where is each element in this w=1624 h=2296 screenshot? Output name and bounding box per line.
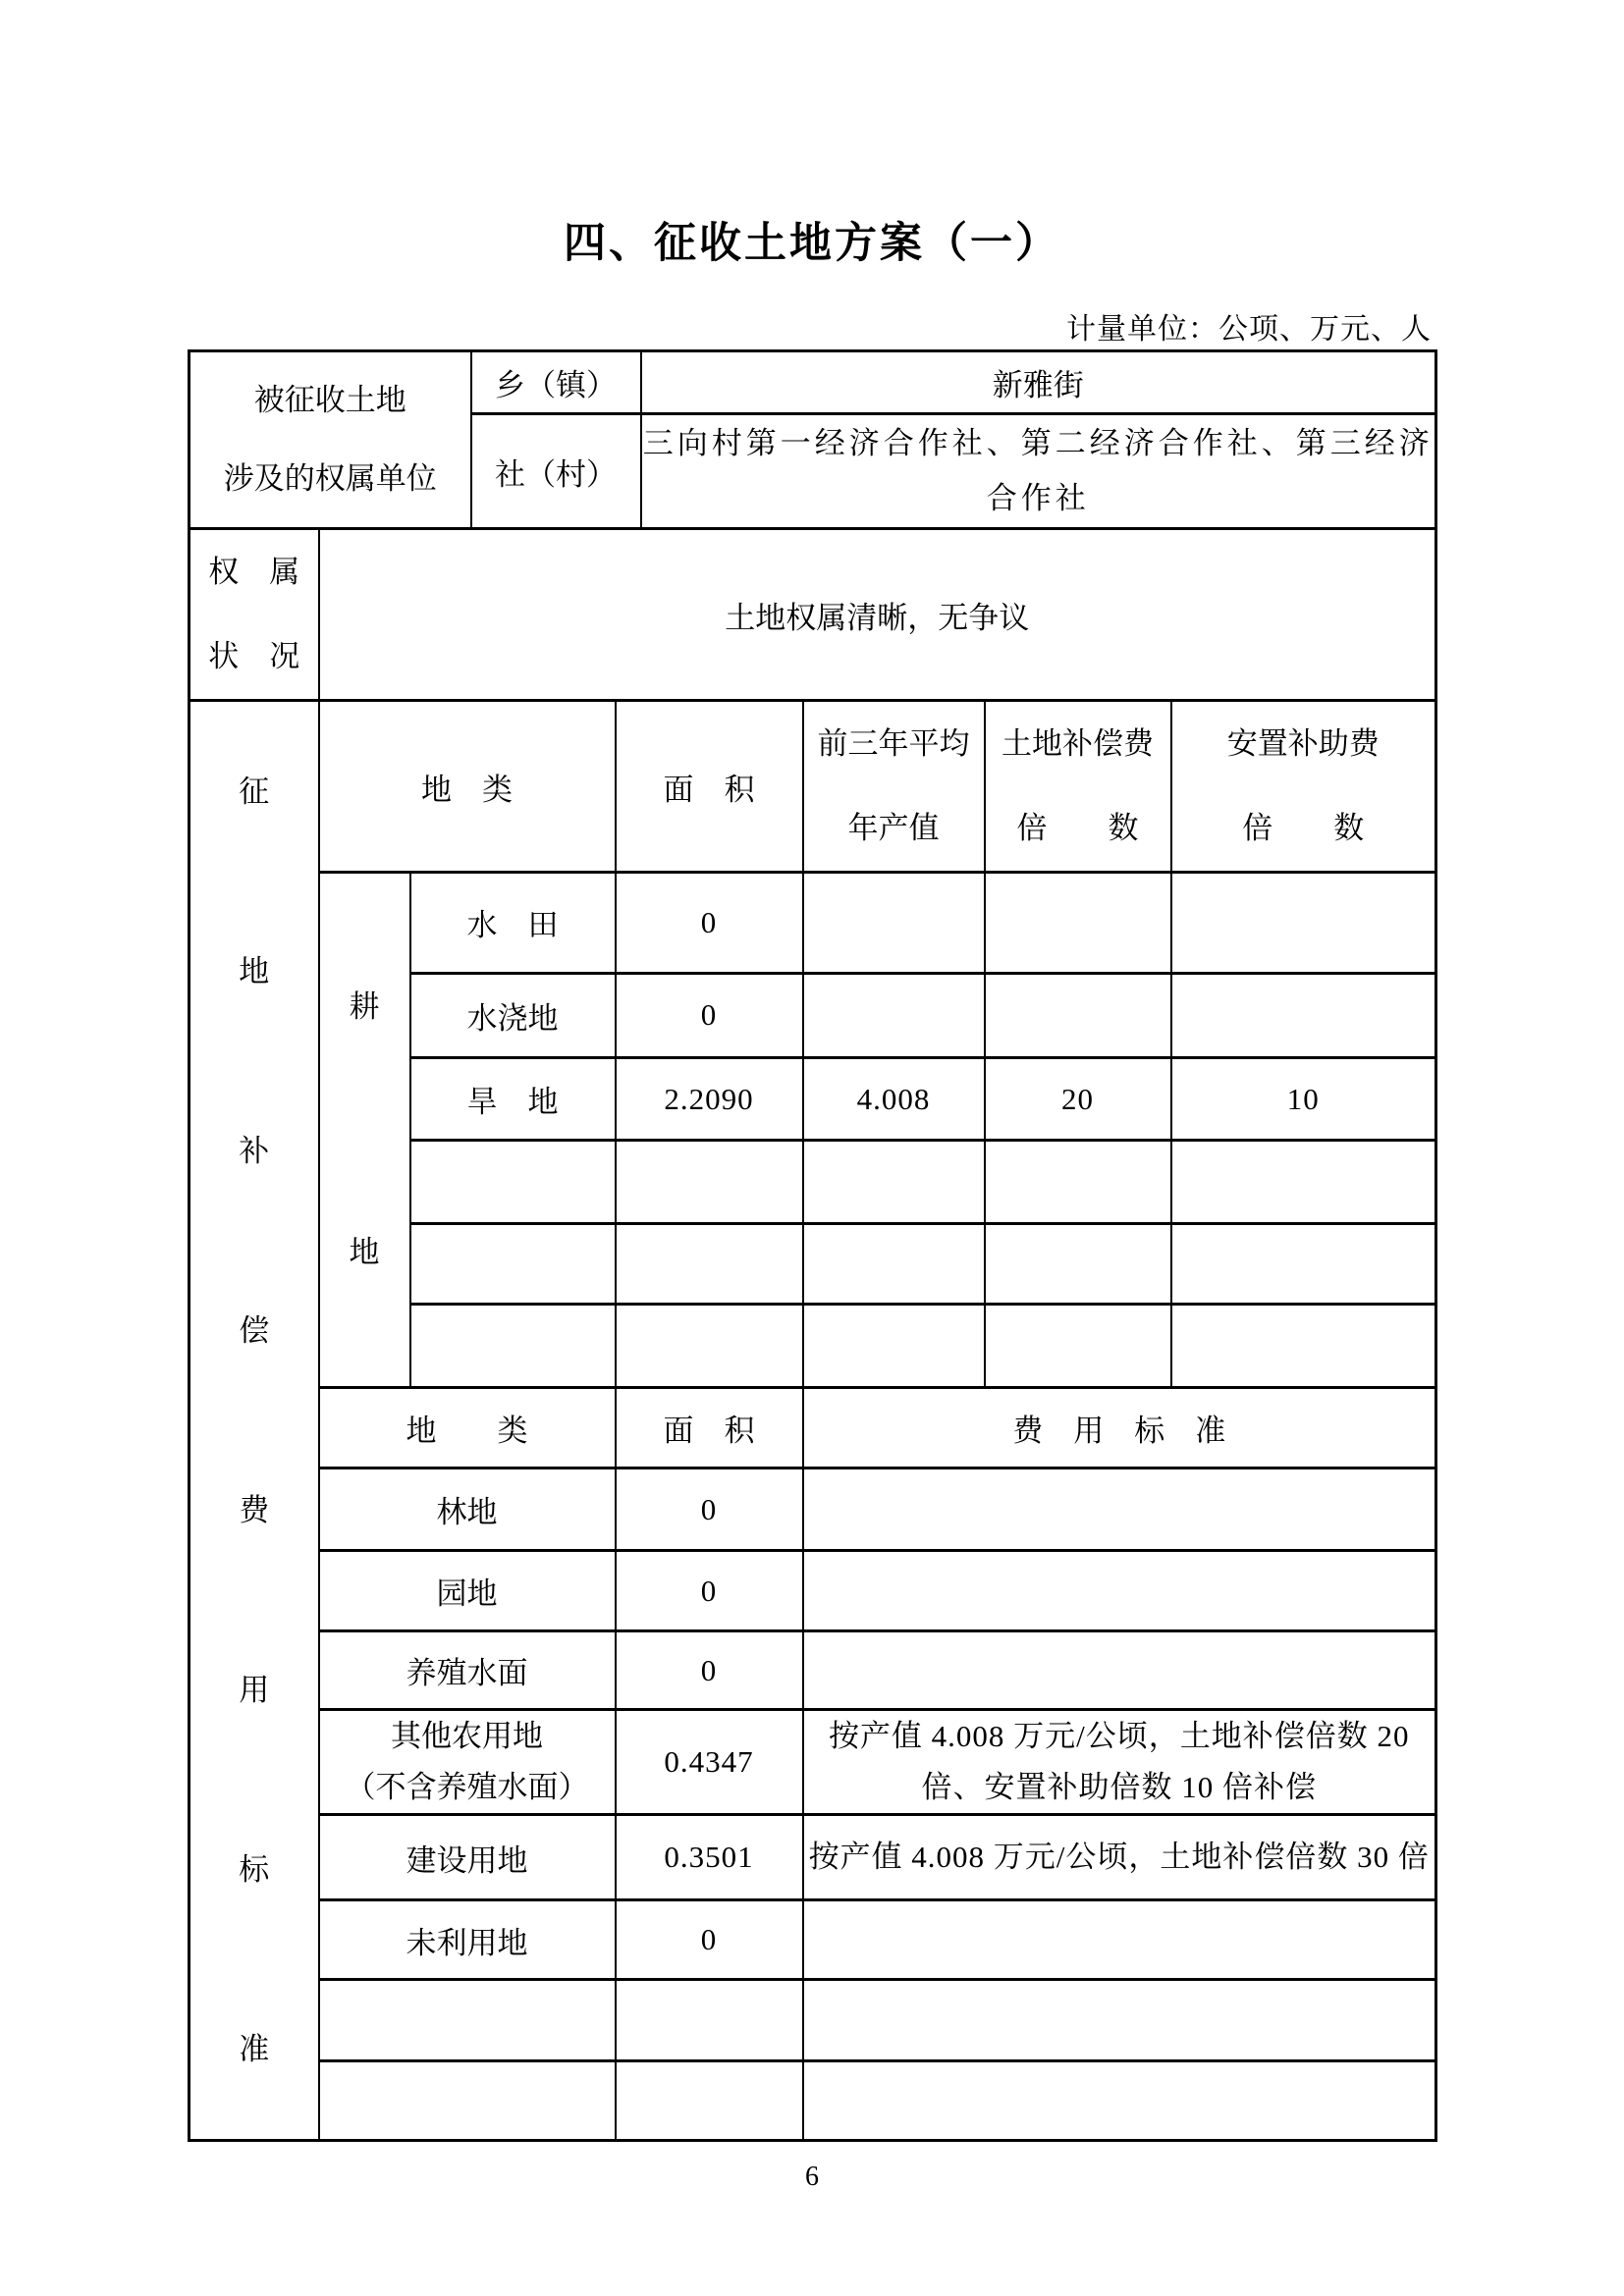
document-page: 四、征收土地方案（一） 计量单位：公项、万元、人 被征收土地 涉及的权属单位 乡…: [0, 0, 1624, 2296]
land-type-cell: 林地: [319, 1468, 616, 1551]
table-row: 被征收土地 涉及的权属单位 乡（镇） 新雅街: [189, 351, 1436, 414]
land-comp-multiple-header: 土地补偿费 倍 数: [985, 701, 1171, 873]
area-cell: 0.3501: [616, 1815, 803, 1900]
table-row: 建设用地 0.3501 按产值 4.008 万元/公顷，土地补偿倍数 30 倍: [189, 1815, 1436, 1900]
fee-standard-cell: 按产值 4.008 万元/公顷，土地补偿倍数 30 倍: [803, 1815, 1436, 1900]
township-value: 新雅街: [641, 351, 1436, 414]
area-cell: 0.4347: [616, 1710, 803, 1815]
land-type-cell: 未利用地: [319, 1900, 616, 1980]
owner-units-label: 被征收土地 涉及的权属单位: [189, 351, 471, 529]
area-cell: [616, 1305, 803, 1388]
area-cell: [616, 1980, 803, 2061]
land-comp-cell: 20: [985, 1058, 1171, 1141]
area-cell: 2.2090: [616, 1058, 803, 1141]
table-row: 未利用地 0: [189, 1900, 1436, 1980]
table-row: 其他农用地 （不含养殖水面） 0.4347 按产值 4.008 万元/公顷，土地…: [189, 1710, 1436, 1815]
table-row: 园地 0: [189, 1551, 1436, 1631]
annual-output-cell: [803, 973, 985, 1058]
fee-standard-cell: [803, 1468, 1436, 1551]
area-cell: 0: [616, 1551, 803, 1631]
fee-standard-cell: 按产值 4.008 万元/公顷，土地补偿倍数 20 倍、安置补助倍数 10 倍补…: [803, 1710, 1436, 1815]
annual-output-header: 前三年平均 年产值: [803, 701, 985, 873]
annual-output-cell: [803, 1223, 985, 1305]
area-cell: 0: [616, 1631, 803, 1710]
area-header: 面 积: [616, 1388, 803, 1468]
compensation-side-label: 征 地 补 偿 费 用 标 准: [189, 701, 319, 2141]
annual-output-cell: 4.008: [803, 1058, 985, 1141]
land-expropriation-table: 被征收土地 涉及的权属单位 乡（镇） 新雅街 社（村） 三向村第一经济合作社、第…: [188, 349, 1437, 2142]
table-row: 养殖水面 0: [189, 1631, 1436, 1710]
land-type-cell: 旱 地: [410, 1058, 616, 1141]
fee-standard-cell: [803, 1551, 1436, 1631]
table-row: 地 类 面 积 费 用 标 准: [189, 1388, 1436, 1468]
resettle-cell: [1171, 1223, 1436, 1305]
land-type-cell: [319, 2061, 616, 2141]
table-row: 林地 0: [189, 1468, 1436, 1551]
land-type-header: 地 类: [319, 1388, 616, 1468]
area-cell: [616, 1223, 803, 1305]
resettle-cell: [1171, 1305, 1436, 1388]
land-type-cell: 水 田: [410, 873, 616, 974]
township-label: 乡（镇）: [471, 351, 641, 414]
table-row: [189, 2061, 1436, 2141]
land-type-cell: 建设用地: [319, 1815, 616, 1900]
resettle-cell: [1171, 1140, 1436, 1223]
land-comp-cell: [985, 1223, 1171, 1305]
resettle-cell: [1171, 873, 1436, 974]
area-cell: 0: [616, 873, 803, 974]
land-type-cell: 园地: [319, 1551, 616, 1631]
table-row: 征 地 补 偿 费 用 标 准 地 类 面 积 前三年平均 年产值 土地补偿费 …: [189, 701, 1436, 873]
annual-output-cell: [803, 873, 985, 974]
fee-standard-cell: [803, 1980, 1436, 2061]
area-header: 面 积: [616, 701, 803, 873]
land-comp-cell: [985, 1305, 1171, 1388]
land-type-header: 地 类: [319, 701, 616, 873]
annual-output-cell: [803, 1305, 985, 1388]
village-label: 社（村）: [471, 414, 641, 529]
land-type-cell: 水浇地: [410, 973, 616, 1058]
fee-standard-cell: [803, 1631, 1436, 1710]
area-cell: 0: [616, 1900, 803, 1980]
tenure-status-value: 土地权属清晰，无争议: [319, 529, 1436, 701]
table-row: 权 属 状 况 土地权属清晰，无争议: [189, 529, 1436, 701]
fee-standard-cell: [803, 2061, 1436, 2141]
resettle-cell: 10: [1171, 1058, 1436, 1141]
area-cell: 0: [616, 1468, 803, 1551]
land-type-cell: [319, 1980, 616, 2061]
table-row: 耕 地 水 田 0: [189, 873, 1436, 974]
tenure-status-label: 权 属 状 况: [189, 529, 319, 701]
farmland-group-label: 耕 地: [319, 873, 410, 1388]
land-type-cell: [410, 1305, 616, 1388]
table-row: [189, 1980, 1436, 2061]
area-cell: [616, 2061, 803, 2141]
land-comp-cell: [985, 973, 1171, 1058]
fee-standard-cell: [803, 1900, 1436, 1980]
unit-note: 计量单位：公项、万元、人: [1066, 304, 1432, 347]
land-type-cell: 养殖水面: [319, 1631, 616, 1710]
land-comp-cell: [985, 873, 1171, 974]
area-cell: 0: [616, 973, 803, 1058]
land-comp-cell: [985, 1140, 1171, 1223]
annual-output-cell: [803, 1140, 985, 1223]
land-type-cell: 其他农用地 （不含养殖水面）: [319, 1710, 616, 1815]
page-number: 6: [0, 2162, 1624, 2193]
land-type-cell: [410, 1223, 616, 1305]
fee-standard-header: 费 用 标 准: [803, 1388, 1436, 1468]
page-title: 四、征收土地方案（一）: [0, 210, 1624, 270]
land-type-cell: [410, 1140, 616, 1223]
resettle-cell: [1171, 973, 1436, 1058]
village-value: 三向村第一经济合作社、第二经济合作社、第三经济合作社: [641, 414, 1436, 529]
area-cell: [616, 1140, 803, 1223]
resettle-multiple-header: 安置补助费 倍 数: [1171, 701, 1436, 873]
